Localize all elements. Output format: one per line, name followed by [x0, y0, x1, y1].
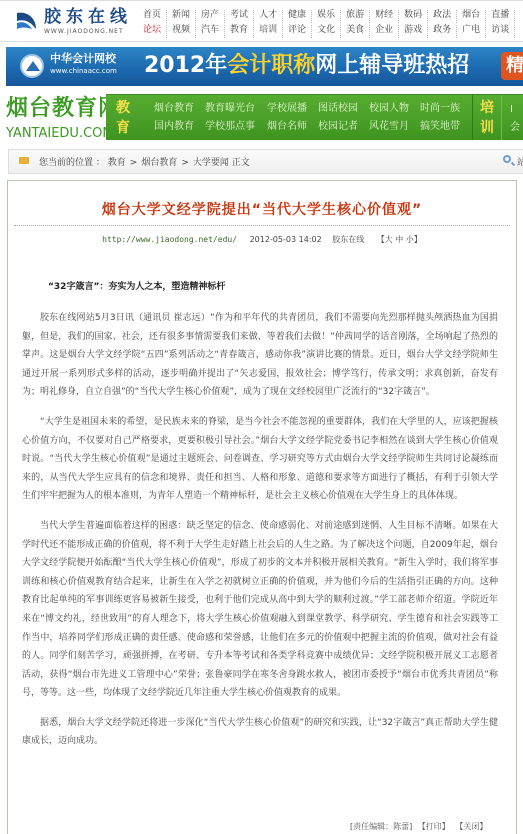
site-search-label[interactable]: 站内	[517, 155, 523, 168]
nav-link[interactable]: 访谈	[486, 25, 515, 38]
edu-category-char: 培	[473, 98, 501, 118]
article-title: 烟台大学文经学院提出“当代大学生核心价值观”	[8, 199, 516, 219]
nav-link[interactable]: 直播	[486, 10, 515, 23]
top-nav-row-2: 论坛 视频 汽车 教育 培训 评论 文化 美食 企业 游戏 政务 广电 访谈	[138, 25, 515, 38]
nav-link[interactable]: 汽车	[196, 25, 225, 38]
edu-link[interactable]: 烟台教育	[154, 100, 205, 118]
nav-link[interactable]: 游戏	[399, 25, 428, 38]
close-link[interactable]: 【关闭】	[455, 822, 487, 831]
nav-link[interactable]: 旅游	[341, 10, 370, 23]
nav-link[interactable]: 评论	[283, 25, 312, 38]
nav-link[interactable]: 教育	[225, 25, 254, 38]
edu-site-logo[interactable]: 烟台教育网 YANTAIEDU.COM	[6, 96, 121, 141]
site-logo-text: 胶东在线	[44, 8, 132, 26]
ad-brand: 中华会计网校	[50, 53, 116, 65]
breadcrumb: 您当前的位置 ： 教育>烟台教育>大学要闻 正文 站内	[8, 149, 523, 174]
site-logo[interactable]: 胶东在线 WWW.JIAODONG.NET	[14, 7, 129, 37]
nav-link[interactable]: 房产	[196, 10, 225, 23]
breadcrumb-prefix: 您当前的位置 ：	[39, 158, 105, 168]
article-subheading: “32字箴言”：夯实为人之本，塑造精神标杆	[48, 279, 225, 292]
ad-headline-highlight: 会计职称	[227, 53, 315, 78]
nav-link-forum[interactable]: 论坛	[138, 25, 167, 38]
ad-headline: 2012年会计职称网上辅导班热招	[144, 52, 469, 80]
edu-link[interactable]: 搞笑地带	[420, 118, 471, 136]
ad-cta-button[interactable]: 精	[501, 52, 523, 80]
breadcrumb-separator: >	[181, 158, 189, 168]
ad-headline-pre: 2012年	[144, 53, 227, 78]
search-icon[interactable]	[503, 155, 511, 163]
chinaacc-logo-icon	[20, 54, 44, 78]
edu-links-row-2: 国内教育 学校那点事 烟台名师 校园记者 风花雪月 搞笑地带	[154, 118, 471, 136]
edu-extra-links[interactable]: I 会	[510, 101, 520, 137]
edu-link[interactable]: 学校展播	[267, 100, 318, 118]
edu-links: 烟台教育 教育曝光台 学校展播 图话校园 校园人物 时尚一族 国内教育 学校那点…	[154, 100, 471, 136]
edu-extra-char: I	[510, 101, 520, 119]
edu-category-training[interactable]: 培 训	[472, 95, 502, 140]
site-logo-url: WWW.JIAODONG.NET	[44, 28, 124, 35]
edu-link[interactable]: 图话校园	[318, 100, 369, 118]
article-body: 胶东在线网站5月3日讯（通讯员 崔志远）“作为和平年代的共青团员，我们不需要向先…	[22, 309, 498, 762]
nav-link[interactable]: 培训	[254, 25, 283, 38]
edu-category-char: 训	[473, 118, 501, 138]
nav-link[interactable]: 娱乐	[312, 10, 341, 23]
edu-logo-url: YANTAIEDU.COM	[6, 126, 121, 141]
ad-brand-url: www.chinaacc.com	[50, 67, 117, 75]
logo-swoosh-icon	[14, 9, 38, 33]
edu-extra-char: 会	[510, 119, 520, 137]
breadcrumb-item[interactable]: 教育	[108, 158, 126, 168]
edu-nav-bar: 教 育 烟台教育 教育曝光台 学校展播 图话校园 校园人物 时尚一族 国内教育 …	[106, 94, 523, 140]
edu-link[interactable]: 校园人物	[369, 100, 420, 118]
nav-link[interactable]: 数码	[399, 10, 428, 23]
nav-link[interactable]: 健康	[283, 10, 312, 23]
nav-link[interactable]: 广电	[457, 25, 486, 38]
nav-link[interactable]: 新闻	[167, 10, 196, 23]
print-link[interactable]: 【打印】	[418, 822, 450, 831]
edu-category-education[interactable]: 教 育	[109, 95, 137, 140]
editor-credit: [责任编辑：陈蕾]	[350, 822, 412, 831]
article-source: 胶东在线	[332, 235, 364, 244]
edu-link[interactable]: 学校那点事	[205, 118, 267, 136]
ad-banner[interactable]: 中华会计网校 www.chinaacc.com 2012年会计职称网上辅导班热招…	[6, 47, 523, 86]
breadcrumb-text: 您当前的位置 ： 教育>烟台教育>大学要闻 正文	[39, 155, 250, 168]
edu-link[interactable]: 教育曝光台	[205, 100, 267, 118]
article-paragraph: 胶东在线网站5月3日讯（通讯员 崔志远）“作为和平年代的共青团员，我们不需要向先…	[22, 309, 498, 402]
edu-link[interactable]: 国内教育	[154, 118, 205, 136]
article-meta: http://www.jiaodong.net/edu/ 2012-05-03 …	[8, 234, 516, 245]
edu-link[interactable]: 风花雪月	[369, 118, 420, 136]
nav-link[interactable]: 政务	[428, 25, 457, 38]
top-nav: 首页 新闻 房产 考试 人才 健康 娱乐 旅游 财经 数码 政法 烟台 直播 论…	[138, 10, 515, 40]
edu-logo-title: 烟台教育网	[6, 96, 121, 122]
top-nav-row-1: 首页 新闻 房产 考试 人才 健康 娱乐 旅游 财经 数码 政法 烟台 直播	[138, 10, 515, 23]
article-footer: [责任编辑：陈蕾] 【打印】 【关闭】	[350, 821, 490, 832]
edu-link[interactable]: 校园记者	[318, 118, 369, 136]
ad-headline-post: 网上辅导班热招	[315, 53, 469, 78]
site-top-bar: 胶东在线 WWW.JIAODONG.NET 首页 新闻 房产 考试 人才 健康 …	[0, 0, 523, 42]
nav-link[interactable]: 视频	[167, 25, 196, 38]
font-size-toggle[interactable]: 【大 中 小】	[377, 235, 422, 244]
folder-hand-icon	[19, 157, 29, 164]
title-divider	[14, 225, 510, 226]
nav-link[interactable]: 文化	[312, 25, 341, 38]
breadcrumb-item[interactable]: 烟台教育	[141, 158, 177, 168]
nav-link[interactable]: 首页	[138, 10, 167, 23]
edu-links-row-1: 烟台教育 教育曝光台 学校展播 图话校园 校园人物 时尚一族	[154, 100, 471, 118]
edu-category-char: 教	[109, 98, 137, 118]
breadcrumb-item[interactable]: 大学要闻	[193, 158, 229, 168]
nav-link[interactable]: 财经	[370, 10, 399, 23]
edu-link[interactable]: 时尚一族	[420, 100, 471, 118]
breadcrumb-separator: >	[130, 158, 138, 168]
edu-link[interactable]: 烟台名师	[267, 118, 318, 136]
edu-category-char: 育	[109, 118, 137, 138]
nav-link[interactable]: 考试	[225, 10, 254, 23]
nav-link[interactable]: 人才	[254, 10, 283, 23]
breadcrumb-current: 正文	[232, 158, 250, 168]
article-paragraph: 当代大学生普遍面临着这样的困惑：缺乏坚定的信念、使命感弱化、对前途感到迷惘、人生…	[22, 517, 498, 703]
nav-link[interactable]: 企业	[370, 25, 399, 38]
nav-link[interactable]: 政法	[428, 10, 457, 23]
nav-link[interactable]: 烟台	[457, 10, 486, 23]
nav-link[interactable]: 美食	[341, 25, 370, 38]
article-paragraph: “大学生是祖国未来的希望，是民族未来的脊梁，是当今社会不能忽视的重要群体，我们在…	[22, 413, 498, 506]
article-source-url[interactable]: http://www.jiaodong.net/edu/	[102, 235, 237, 244]
article-date: 2012-05-03 14:02	[250, 235, 322, 244]
article-paragraph: 据悉，烟台大学文经学院还将进一步深化“当代大学生核心价值观”的研究和实践，让“3…	[22, 714, 498, 751]
article-container: 烟台大学文经学院提出“当代大学生核心价值观” http://www.jiaodo…	[7, 180, 517, 834]
